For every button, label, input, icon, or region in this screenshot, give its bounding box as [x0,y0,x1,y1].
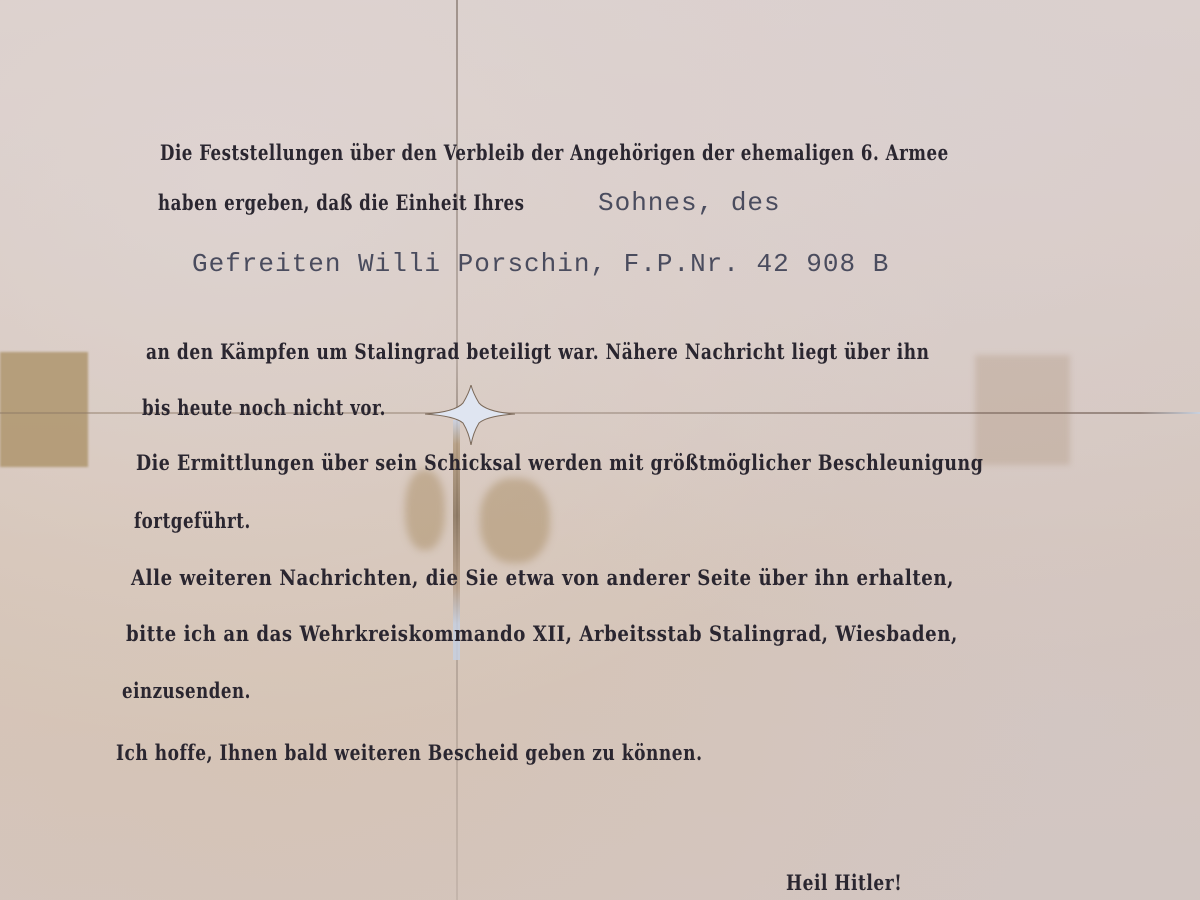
tape-stain-right [975,355,1070,465]
typed-soldier-name: Gefreiten Willi Porschin, F.P.Nr. 42 908… [192,249,889,279]
tape-stain-left [0,352,88,467]
letter-line-5: Die Ermittlungen über sein Schicksal wer… [136,450,983,475]
letter-line-7: Alle weiteren Nachrichten, die Sie etwa … [131,565,954,590]
letter-line-10: Ich hoffe, Ihnen bald weiteren Bescheid … [116,740,703,765]
water-stain [480,478,550,563]
letter-line-6: fortgeführt. [134,508,251,533]
water-stain [405,470,445,550]
letter-line-8: bitte ich an das Wehrkreiskommando XII, … [126,621,958,646]
letter-line-4: bis heute noch nicht vor. [142,395,386,420]
letter-line-3: an den Kämpfen um Stalingrad beteiligt w… [146,339,930,364]
letter-line-1: Die Feststellungen über den Verbleib der… [160,140,949,165]
typed-son-insert: Sohnes, des [598,188,781,218]
letter-line-2: haben ergeben, daß die Einheit Ihres [158,190,525,215]
fold-hole [425,385,515,445]
letter-closing: Heil Hitler! [786,870,902,895]
letter-line-9: einzusenden. [122,678,251,703]
